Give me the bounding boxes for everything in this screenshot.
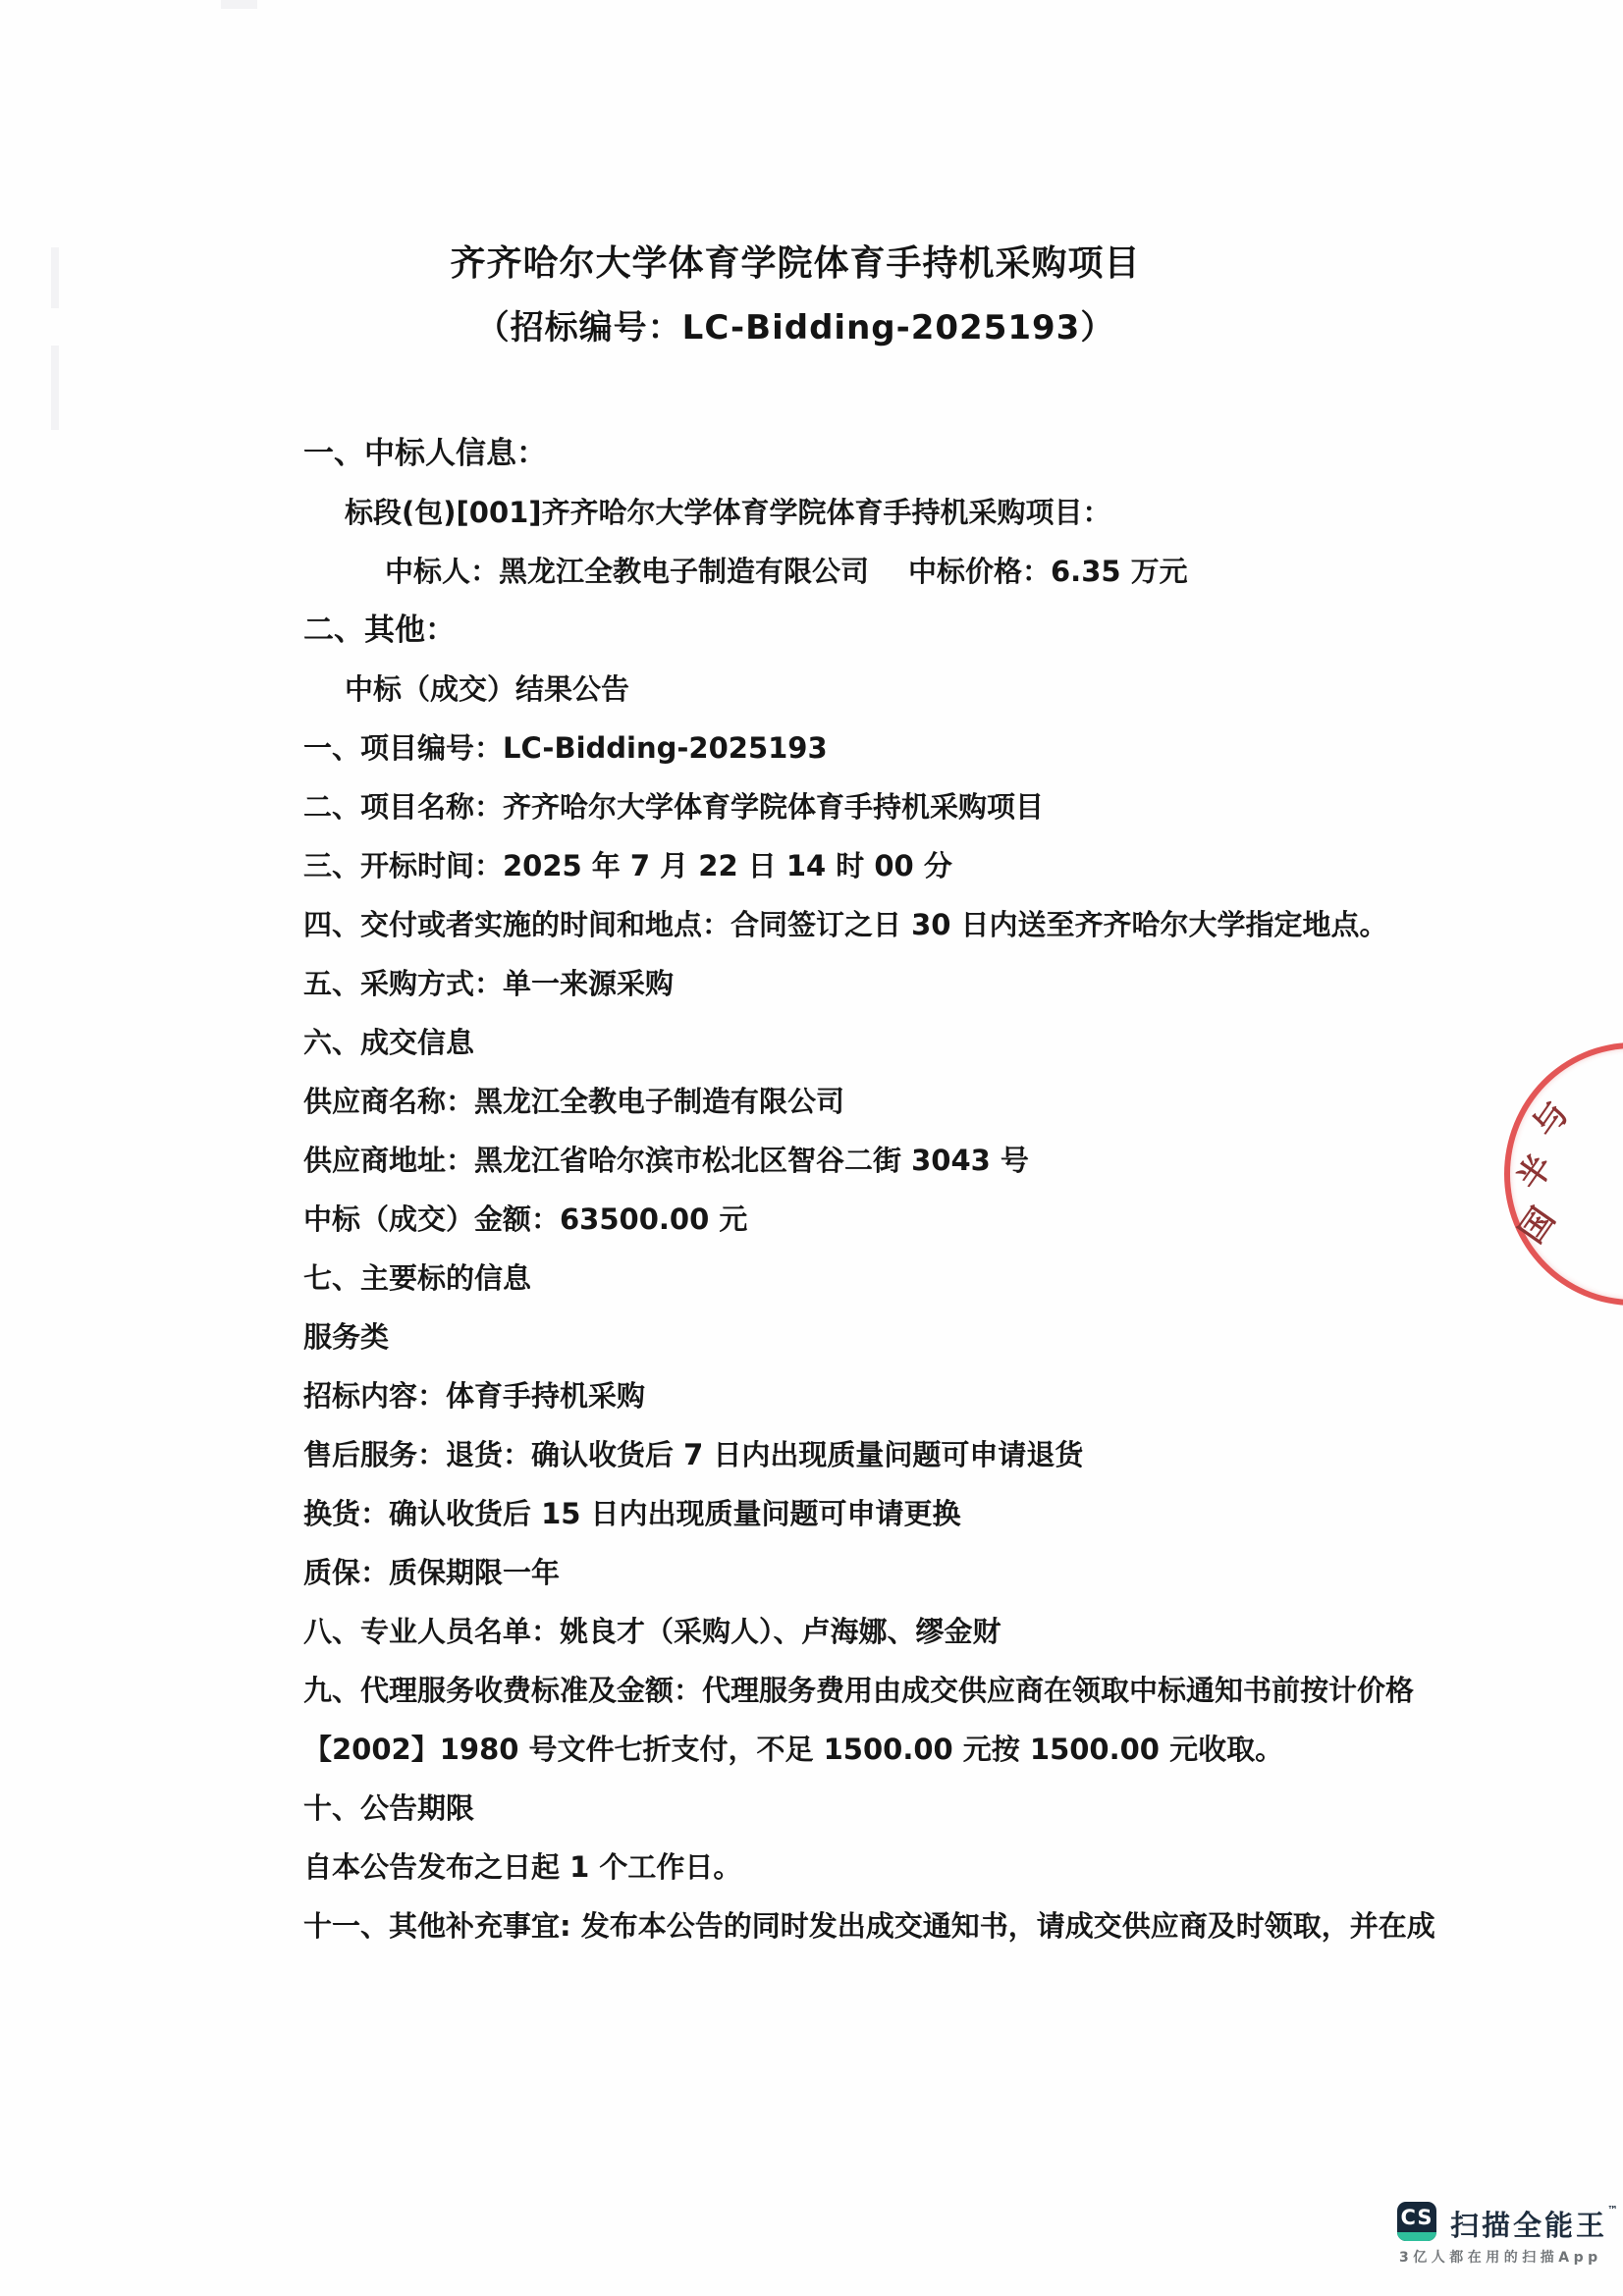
warranty-line: 质保：质保期限一年 bbox=[303, 1543, 1442, 1602]
service-category-line: 服务类 bbox=[303, 1308, 1442, 1366]
announcement-period-line: 自本公告发布之日起 1 个工作日。 bbox=[303, 1838, 1442, 1896]
camscanner-logo-icon: CS bbox=[1397, 2202, 1436, 2241]
winner-price: 中标价格：6.35 万元 bbox=[908, 542, 1188, 601]
exchange-policy-line: 换货：确认收货后 15 日内出现质量问题可申请更换 bbox=[303, 1484, 1442, 1543]
scanned-document-page: 齐齐哈尔大学体育学院体育手持机采购项目 （招标编号：LC-Bidding-202… bbox=[0, 0, 1623, 2296]
project-name-line: 二、项目名称：齐齐哈尔大学体育学院体育手持机采购项目 bbox=[303, 777, 1442, 836]
camscanner-logo-text: CS bbox=[1397, 2203, 1436, 2233]
professional-staff-line: 八、专业人员名单：姚良才（采购人）、卢海娜、缪金财 bbox=[303, 1602, 1442, 1661]
section-other-heading: 二、其他： bbox=[303, 601, 1442, 660]
red-seal-stamp: 与 半 国 bbox=[1504, 1042, 1623, 1317]
trademark-symbol: ™ bbox=[1607, 2204, 1621, 2216]
delivery-line: 四、交付或者实施的时间和地点：合同签订之日 30 日内送至齐齐哈尔大学指定地点。 bbox=[303, 895, 1442, 954]
result-announcement-title: 中标（成交）结果公告 bbox=[303, 660, 1442, 719]
supplier-name-line: 供应商名称：黑龙江全教电子制造有限公司 bbox=[303, 1072, 1442, 1131]
deal-info-heading-line: 六、成交信息 bbox=[303, 1013, 1442, 1072]
winner-name: 中标人：黑龙江全教电子制造有限公司 bbox=[385, 555, 869, 588]
agency-fee-line-1: 九、代理服务收费标准及金额：代理服务费用由成交供应商在领取中标通知书前按计价格 bbox=[303, 1661, 1442, 1720]
camscanner-watermark: CS 扫描全能王™ 3亿人都在用的扫描App bbox=[1397, 2202, 1603, 2270]
announcement-period-heading-line: 十、公告期限 bbox=[303, 1779, 1442, 1838]
agency-fee-line-2: 【2002】1980 号文件七折支付，不足 1500.00 元按 1500.00… bbox=[303, 1720, 1442, 1779]
project-number-line: 一、项目编号：LC-Bidding-2025193 bbox=[303, 719, 1442, 777]
scan-artifact-top bbox=[221, 0, 257, 9]
scan-artifact-left-2 bbox=[51, 346, 59, 430]
winner-price-row: 中标人：黑龙江全教电子制造有限公司 中标价格：6.35 万元 bbox=[303, 542, 1442, 601]
deal-amount-line: 中标（成交）金额：63500.00 元 bbox=[303, 1190, 1442, 1249]
subject-info-heading-line: 七、主要标的信息 bbox=[303, 1249, 1442, 1308]
section-winner-heading: 一、中标人信息： bbox=[303, 424, 1442, 483]
camscanner-logo-accent-band bbox=[1397, 2232, 1436, 2241]
after-sales-return-line: 售后服务：退货：确认收货后 7 日内出现质量问题可申请退货 bbox=[303, 1425, 1442, 1484]
camscanner-brand-name: 扫描全能王™ bbox=[1450, 2204, 1621, 2244]
document-title: 齐齐哈尔大学体育学院体育手持机采购项目 bbox=[0, 236, 1591, 286]
supplementary-matters-line: 十一、其他补充事宜: 发布本公告的同时发出成交通知书，请成交供应商及时领取，并在… bbox=[303, 1896, 1442, 1955]
camscanner-brand-text: 扫描全能王 bbox=[1450, 2209, 1607, 2242]
document-subtitle: （招标编号：LC-Bidding-2025193） bbox=[0, 300, 1591, 348]
bid-opening-time-line: 三、开标时间：2025 年 7 月 22 日 14 时 00 分 bbox=[303, 836, 1442, 895]
document-body: 一、中标人信息： 标段(包)[001]齐齐哈尔大学体育学院体育手持机采购项目： … bbox=[303, 424, 1442, 1955]
winner-package-line: 标段(包)[001]齐齐哈尔大学体育学院体育手持机采购项目： bbox=[303, 483, 1442, 542]
supplier-address-line: 供应商地址：黑龙江省哈尔滨市松北区智谷二街 3043 号 bbox=[303, 1131, 1442, 1190]
bid-content-line: 招标内容：体育手持机采购 bbox=[303, 1366, 1442, 1425]
procurement-method-line: 五、采购方式：单一来源采购 bbox=[303, 954, 1442, 1013]
camscanner-tagline: 3亿人都在用的扫描App bbox=[1399, 2247, 1602, 2267]
